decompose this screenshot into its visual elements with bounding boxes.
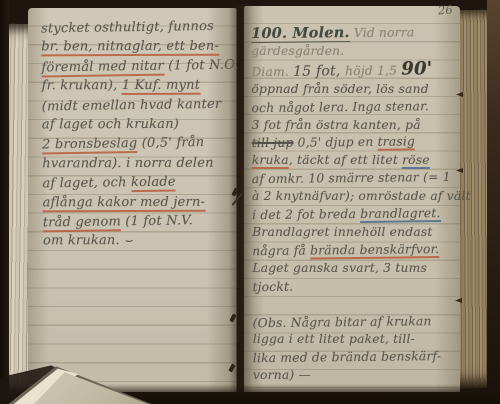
handwriting-line: vorna) — xyxy=(253,367,459,385)
handwriting-line: af laget, och kolade xyxy=(42,172,236,194)
handwriting-segment: Diam. xyxy=(251,65,293,79)
handwriting-line: till jup 0,5' djup en trasig xyxy=(252,133,458,153)
handwriting-line: ligga i ett litet paket, till- xyxy=(253,331,459,349)
page-number: 26 xyxy=(438,3,453,18)
handwriting-line: i det 2 fot breda brandlagret. xyxy=(252,205,458,225)
right-page-handwriting: 100. Molen. Vid norragärdesgården.Diam. … xyxy=(251,23,459,385)
handwriting-segment: kruka xyxy=(252,153,289,169)
handwriting-segment: röse xyxy=(402,153,430,169)
handwriting-segment: 100. Molen. xyxy=(251,24,350,43)
notebook-photo: stycket osthultigt, funnosbr. ben, nitna… xyxy=(0,0,500,404)
handwriting-segment: à 2 knytnäfvar); omröstade af vält xyxy=(252,189,471,203)
handwriting-segment: höjd 1,5 xyxy=(345,63,401,78)
handwriting-line: tjockt. xyxy=(252,277,458,297)
handwriting-segment: br. ben, nitnaglar, ett ben- xyxy=(41,39,219,57)
handwriting-line: (midt emellan hvad kanter xyxy=(42,94,236,116)
handwriting-line: af omkr. 10 smärre stenar (= 1 xyxy=(252,169,458,189)
handwriting-segment: aflånga kakor med jern- xyxy=(43,194,206,212)
handwriting-segment: Laget ganska svart, 3 tums xyxy=(252,261,427,275)
handwriting-segment: kolade xyxy=(131,175,176,193)
handwriting-line: föremål med nitar (1 fot N.O. xyxy=(41,55,235,77)
handwriting-line: 2 bronsbeslag (0,5' från xyxy=(42,133,236,155)
handwriting-line: stycket osthultigt, funnos xyxy=(41,17,235,39)
handwriting-segment: 1 Kuf. mynt xyxy=(122,78,200,95)
handwriting-segment: 0,5' djup en xyxy=(293,135,377,150)
left-page-handwriting: stycket osthultigt, funnosbr. ben, nitna… xyxy=(41,17,237,252)
handwriting-segment: (1 fot N.O. xyxy=(164,57,239,73)
handwriting-line: br. ben, nitnaglar, ett ben- xyxy=(41,37,235,57)
handwriting-line: 100. Molen. Vid norra xyxy=(251,23,457,44)
handwriting-segment: af laget och krukan) xyxy=(42,117,179,132)
handwriting-line: lika med de brända benskärf- xyxy=(253,348,459,368)
handwriting-segment: brända benskärfvor. xyxy=(310,242,439,259)
handwriting-segment: af laget, och xyxy=(42,175,131,191)
handwriting-segment: 2 bronsbeslag xyxy=(42,136,138,154)
handwriting-segment: Brandlagret innehöll endast xyxy=(252,225,432,239)
handwriting-line: Diam. 15 fot, höjd 1,5 90' xyxy=(251,60,457,82)
handwriting-segment: stycket osthultigt, funnos xyxy=(41,19,214,37)
handwriting-segment: 3 fot från östra kanten, på xyxy=(252,118,421,132)
handwriting-segment: föremål med nitar xyxy=(41,58,164,77)
handwriting-segment: (Obs. Några bitar af krukan xyxy=(253,314,432,330)
handwriting-line: några få brända benskärfvor. xyxy=(252,241,458,261)
handwriting-segment: (midt emellan hvad kanter xyxy=(42,96,222,114)
handwriting-line: aflånga kakor med jern- xyxy=(43,192,237,212)
right-cover-edge xyxy=(487,0,500,404)
overlapping-book-corner xyxy=(0,358,170,404)
handwriting-segment: trasig xyxy=(377,135,415,151)
handwriting-line: (Obs. Några bitar af krukan xyxy=(253,312,459,332)
handwriting-segment: tjockt. xyxy=(252,279,293,293)
handwriting-segment: lika med de brända benskärf- xyxy=(253,349,442,365)
handwriting-segment: ligga i ett litet paket, till- xyxy=(253,332,415,346)
handwriting-segment: gärdesgården. xyxy=(251,44,344,58)
handwriting-segment: fr. krukan), xyxy=(42,78,122,93)
handwriting-line: öppnad från söder, lös sand xyxy=(251,81,457,99)
handwriting-line: tråd genom (1 fot N.V. xyxy=(43,211,237,233)
handwriting-segment: till jup xyxy=(252,136,294,150)
handwriting-segment: några få xyxy=(252,243,310,258)
handwriting-segment: 15 fot, xyxy=(293,63,345,80)
handwriting-line: Brandlagret innehöll endast xyxy=(252,224,458,242)
left-cover-edge xyxy=(0,0,9,404)
handwriting-segment: brandlagret. xyxy=(360,206,441,223)
handwriting-segment: 90' xyxy=(401,58,432,79)
handwriting-segment: i det 2 fot breda xyxy=(252,207,360,222)
handwriting-segment: tråd genom xyxy=(43,214,121,232)
handwriting-segment: öppnad från söder, lös sand xyxy=(251,82,428,96)
handwriting-line: hvarandra). i norra delen xyxy=(42,154,236,174)
handwriting-line xyxy=(253,296,459,314)
handwriting-line: om krukan. ⌣ xyxy=(43,231,237,251)
handwriting-line: 3 fot från östra kanten, på xyxy=(252,117,458,135)
handwriting-line: af laget och krukan) xyxy=(42,115,236,135)
handwriting-segment: och något lera. Inga stenar. xyxy=(251,99,429,115)
handwriting-line: fr. krukan), 1 Kuf. mynt xyxy=(42,76,236,96)
handwriting-line: och något lera. Inga stenar. xyxy=(251,97,457,117)
handwriting-segment: (1 fot N.V. xyxy=(121,213,193,229)
handwriting-line: kruka, täckt af ett litet röse xyxy=(252,152,458,170)
handwriting-line: Laget ganska svart, 3 tums xyxy=(252,260,458,278)
handwriting-segment: (0,5' från xyxy=(137,135,204,151)
handwriting-segment: Vid norra xyxy=(350,25,415,40)
handwriting-segment: om krukan. ⌣ xyxy=(43,233,133,248)
handwriting-segment: af omkr. 10 smärre stenar (= 1 xyxy=(252,170,451,186)
handwriting-segment: vorna) — xyxy=(253,368,311,382)
handwriting-segment: hvarandra). i norra delen xyxy=(42,156,214,172)
handwriting-segment: , täckt af ett litet xyxy=(289,153,402,167)
handwriting-line: à 2 knytnäfvar); omröstade af vält xyxy=(252,188,458,206)
